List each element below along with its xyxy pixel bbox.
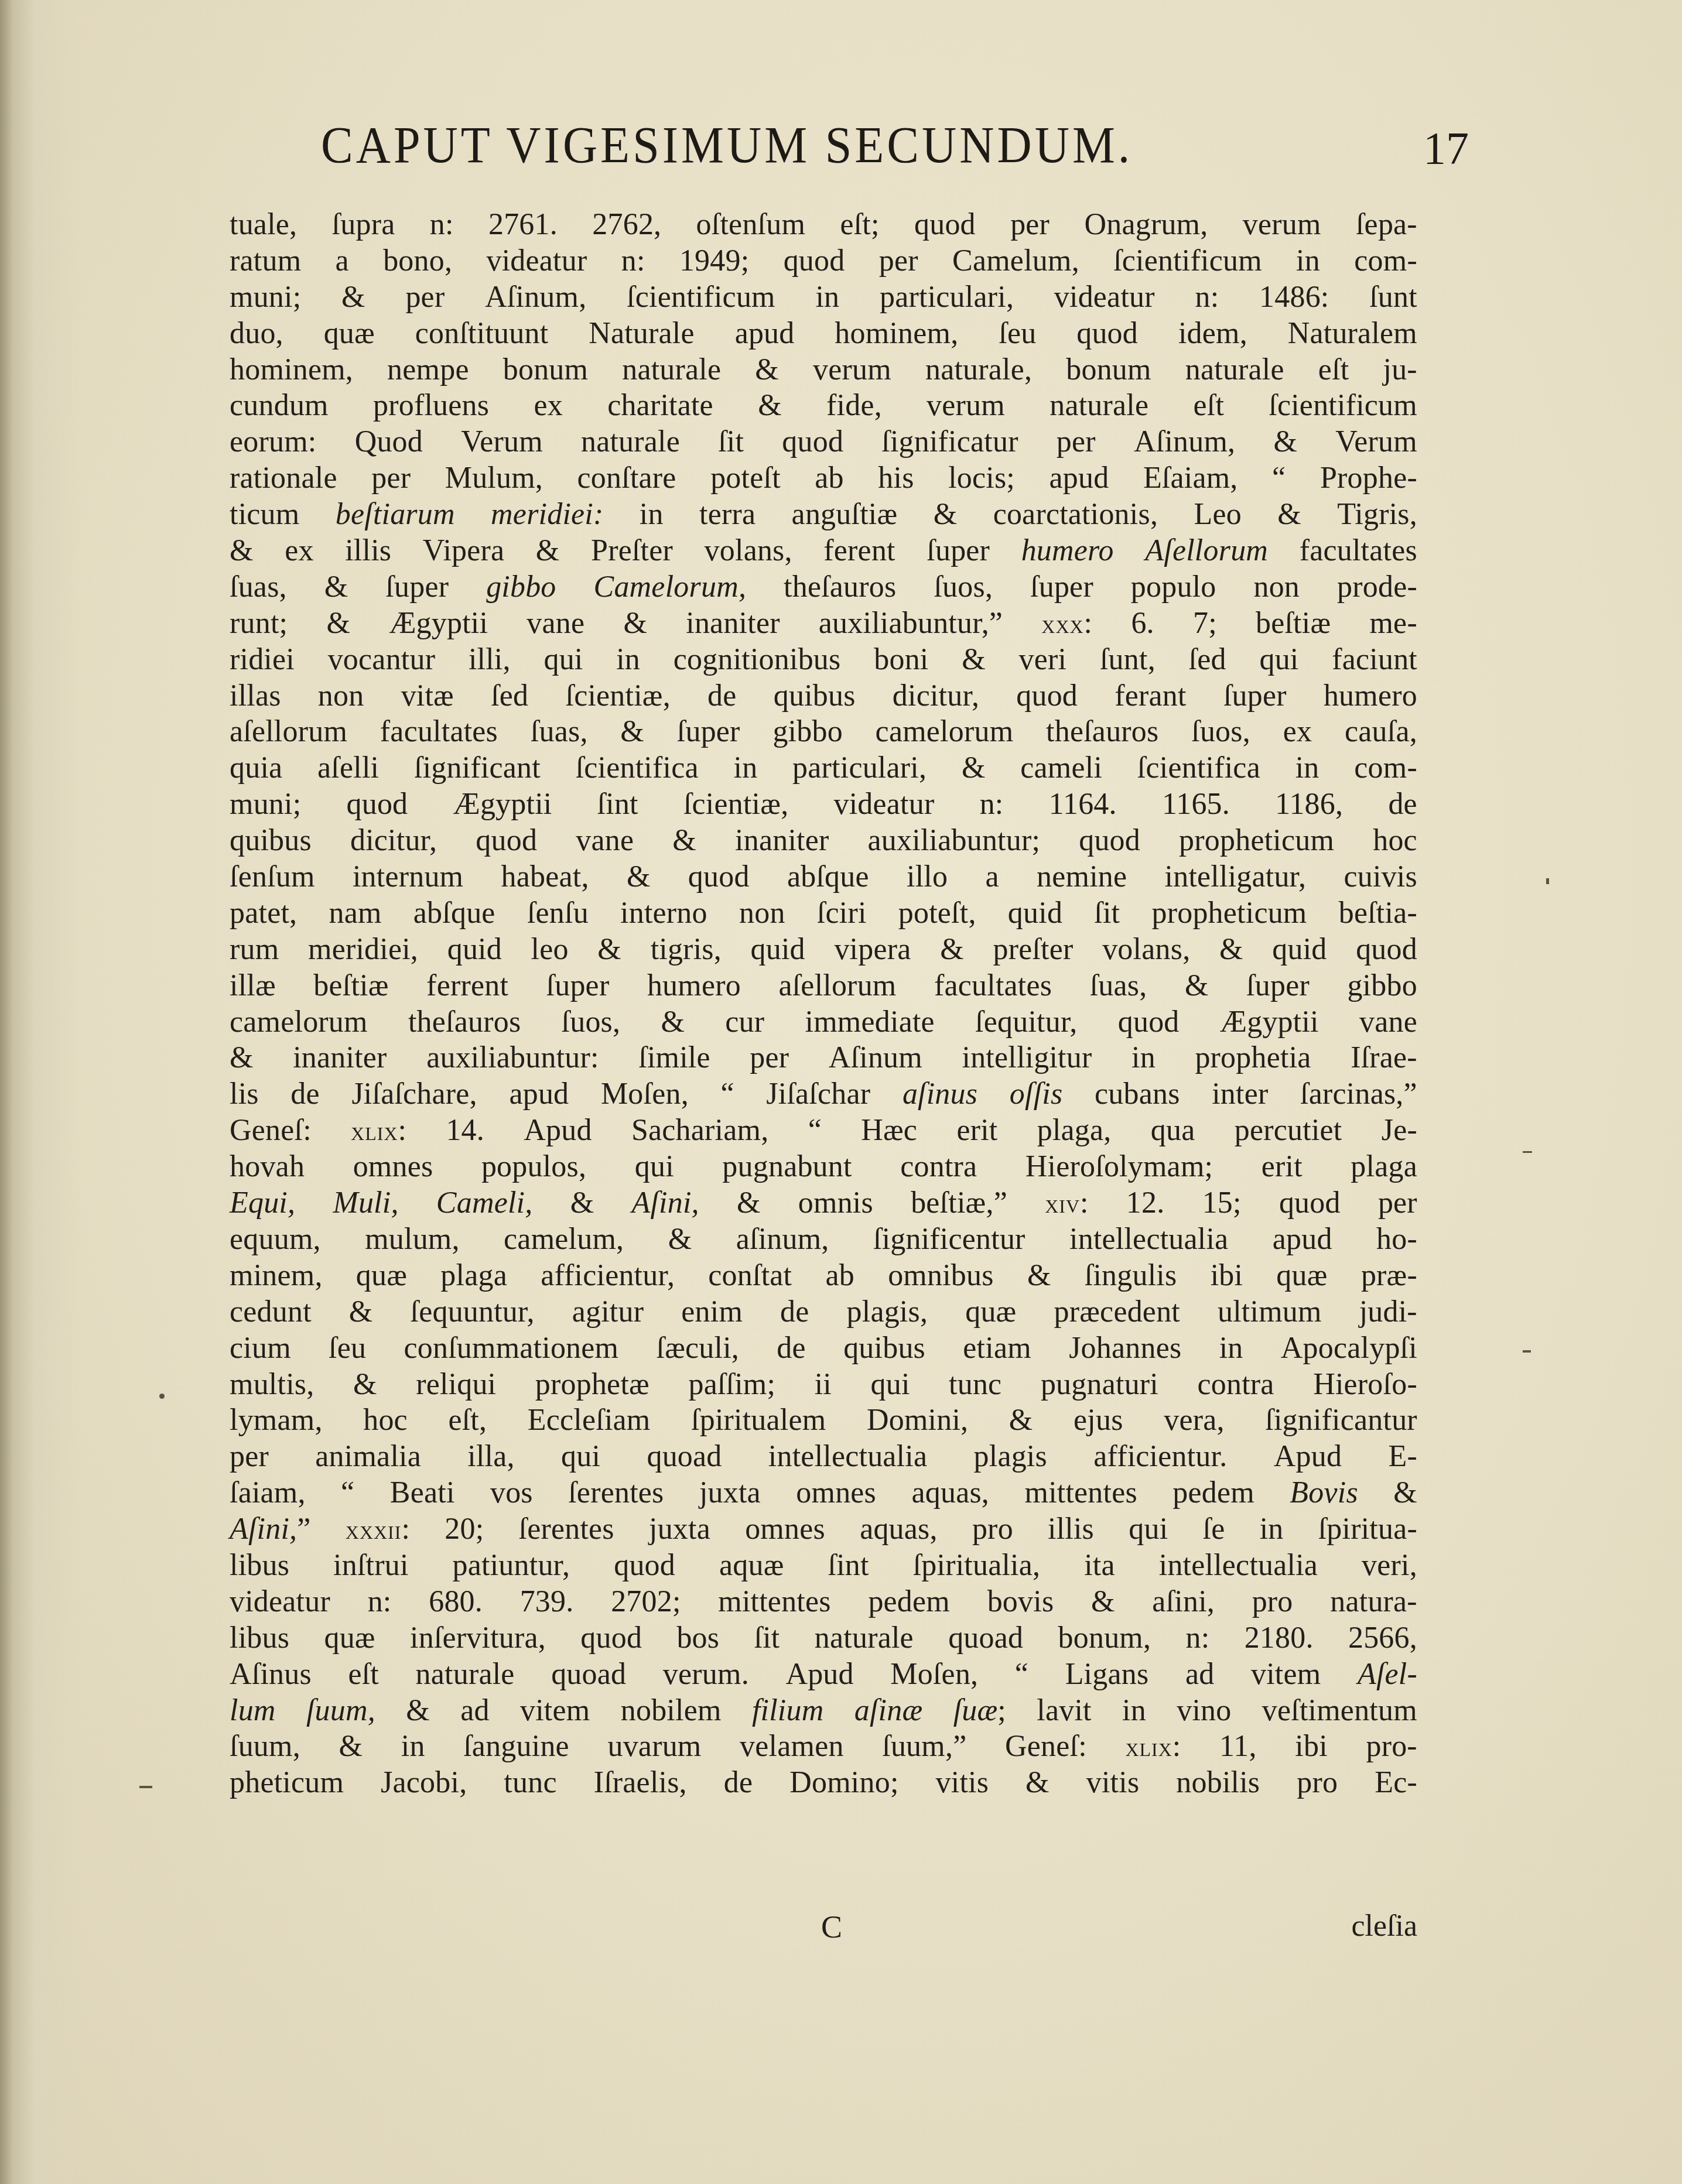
word: juxta [699,1475,761,1511]
word: qui [1259,642,1298,678]
word: ſignificentur [873,1221,1025,1258]
word: ſuos, [562,1004,621,1040]
word: auxiliabuntur; [868,823,1041,859]
word: dicitur, [350,823,437,859]
text-line: Aſini,”xxxii:20;ſerentesjuxtaomnesaquas,… [230,1511,1417,1548]
word: in [1131,1040,1155,1076]
word: n: [621,243,645,279]
word: beſtia- [1339,895,1417,932]
word: apud [509,1076,569,1112]
word: Jiſaſchar [766,1076,870,1112]
word: naturale [1049,388,1148,424]
word: ex [285,533,313,569]
word: naturale [815,1620,914,1656]
word: facultates [934,968,1052,1004]
word: vino [1177,1693,1231,1729]
word: ſuum, [230,1728,300,1765]
word: vitem [520,1693,590,1729]
word: illis [1048,1511,1094,1548]
text-line: cundumprofluensexcharitate&fide,verumnat… [230,388,1417,424]
word: Ægyptii [389,605,488,642]
text-line: hominem,nempebonumnaturale&verumnaturale… [230,352,1417,388]
word: ſcientifica [576,750,699,786]
word: hoc [1373,823,1417,859]
word: de [290,1076,319,1112]
word: ſupra [332,207,395,243]
word: ſerentes [519,1511,614,1548]
word: de [707,678,736,714]
word: percutiet [1235,1112,1342,1149]
word: cuivis [1344,859,1417,895]
word: quæ [356,1258,407,1294]
word: aſinus [902,1076,977,1112]
word: in [1296,243,1320,279]
word: ſuper [927,533,990,569]
word: ſpiritualem [691,1402,826,1439]
word: patiuntur, [453,1548,570,1584]
word: ſuper [1030,569,1093,605]
word: per [1057,424,1096,460]
word: ſequuntur, [411,1294,535,1330]
word: patet, [230,895,297,932]
word: camelorum [876,714,1014,750]
word: 2180. [1245,1620,1314,1656]
margin-dash [139,1786,152,1788]
word: quod [688,859,750,895]
word: inſervitura, [410,1620,546,1656]
text-line: ciumſeuconſummationemſæculi,dequibusetia… [230,1330,1417,1367]
word: Aſini,” [230,1511,311,1548]
word: “ [808,1112,822,1149]
word: ex [534,388,562,424]
word: ita [1084,1548,1115,1584]
word: verum [813,352,891,388]
word: ſcientificum [1113,243,1262,279]
word: his [878,460,914,497]
word: vipera [834,932,911,968]
word: aſinæ [854,1693,923,1729]
word: 7; [1193,605,1217,642]
word: “ [720,1076,734,1112]
word: meridiei, [308,932,418,968]
word: illa, [467,1439,514,1475]
word: eſt [1193,388,1224,424]
word: & [1185,968,1209,1004]
word: libus [230,1548,289,1584]
word: ſarcinas,” [1300,1076,1417,1112]
word: & [339,1728,363,1765]
word: quod [782,424,843,460]
word: quod [1356,932,1417,968]
text-line: duo,quæconſtituuntNaturaleapudhominem,ſe… [230,316,1417,352]
word: velamen [740,1728,844,1765]
word: & [597,932,621,968]
word: videatur [230,1584,330,1620]
word: preſter [993,932,1073,968]
word: pro [1297,1765,1338,1801]
word: Ægyptii [1220,1004,1319,1040]
word: ſignificatur [881,424,1018,460]
word: quibus [230,823,312,859]
text-line: ſenſuminternumhabeat,&quodabſqueilloanem… [230,859,1417,895]
word: veſtimentum [1262,1693,1417,1729]
word: præcedent [1054,1294,1181,1330]
word: Geneſ: [230,1112,312,1149]
word: & [661,1004,685,1040]
word: & [737,1185,761,1221]
word: eſt; [840,207,879,243]
word: in [1219,1330,1243,1367]
word: intelligitur [962,1040,1092,1076]
word: illis [345,533,391,569]
word: mittentes [718,1584,830,1620]
word: lum [230,1693,276,1729]
word: inſtrui [333,1548,409,1584]
word: & [349,1294,373,1330]
text-line: multis,&reliquiprophetæpaſſim;iiquituncp… [230,1367,1417,1403]
word: 2702; [611,1584,681,1620]
word: poteſt [710,460,781,497]
word: aquæ [719,1548,784,1584]
word: quoad [551,1656,626,1693]
word: Apocalypſi [1281,1330,1417,1367]
word: runt; [230,605,288,642]
word: n: [1186,1620,1210,1656]
text-line: aſellorumfacultatesſuas,&ſupergibbocamel… [230,714,1417,750]
word: per [405,279,445,316]
word: Bovis [1290,1475,1358,1511]
word: oſſis [1010,1076,1063,1112]
word: camelum, [504,1221,624,1258]
text-line: muni;quodÆgyptiiſintſcientiæ,videaturn:1… [230,786,1417,823]
word: quod [1279,1185,1341,1221]
word: lymam, [230,1402,323,1439]
word: idem, [1178,316,1247,352]
word: a [336,243,349,279]
word: volans, [1102,932,1190,968]
word: ſunt, [1100,642,1155,678]
word: intellectualia [768,1439,927,1475]
word: fide, [826,388,882,424]
word: pugnabunt [722,1149,852,1185]
word: hominem, [230,352,353,388]
text-line: hovahomnespopulos,quipugnabuntcontraHier… [230,1149,1417,1185]
word: beſtiæ,” [911,1185,1007,1221]
word: plaga [1351,1149,1417,1185]
word: de [777,1330,805,1367]
word: vocantur [328,642,436,678]
word: prode- [1337,569,1417,605]
word: plagis, [847,1294,928,1330]
text-line: peranimaliailla,quiquoadintellectualiapl… [230,1439,1417,1475]
word: ſignificant [414,750,541,786]
word: de [724,1765,753,1801]
word: & [1009,1402,1033,1439]
word: in [640,497,664,533]
catchword: cleſia [1351,1909,1417,1943]
word: Sachariam, [631,1112,768,1149]
word: ſint [828,1548,869,1584]
text-line: rationaleperMulum,conſtarepoteſtabhisloc… [230,460,1417,497]
word: quoad [948,1620,1023,1656]
word: xxxii: [346,1511,410,1548]
word: bono, [383,243,452,279]
word: & [406,1693,430,1729]
word: qua [1151,1112,1195,1149]
word: videatur [834,786,935,823]
word: rum [230,932,279,968]
text-line: &inaniterauxiliabuntur:ſimileperAſinumin… [230,1040,1417,1076]
word: particulari, [880,279,1014,316]
word: ſuas, [230,569,287,605]
book-page: CAPUT VIGESIMUM SECUNDUM. 17 tuale,ſupra… [0,0,1682,2184]
word: lis [230,1076,259,1112]
word: profluens [373,388,489,424]
word: intelligatur, [1165,859,1307,895]
word: cubans [1095,1076,1180,1112]
word: reliqui [416,1367,496,1403]
word: ſenſu [527,895,589,932]
margin-dash [1523,1350,1531,1353]
word: non [1253,569,1300,605]
word: aſellorum [230,714,347,750]
word: quod [580,1620,642,1656]
word: Moſen, [601,1076,689,1112]
word: qui [561,1439,600,1475]
word: qui [870,1367,910,1403]
word: Iſraelis, [594,1765,687,1801]
word: Geneſ: [1005,1728,1087,1765]
word: veri [1019,642,1067,678]
word: 739. [520,1584,574,1620]
word: ſuper [677,714,740,750]
word: bos [676,1620,719,1656]
word: Muli, [333,1185,398,1221]
word: vos [490,1475,533,1511]
word: ferrent [426,968,508,1004]
word: quibus [843,1330,925,1367]
word: tunc [949,1367,1001,1403]
word: xiv: [1045,1185,1089,1222]
word: ſenſum [230,859,315,895]
word: dicitur, [893,678,979,714]
word: 1486: [1259,279,1329,316]
word: beſtiæ [1256,605,1331,642]
word: quod [1079,823,1140,859]
word: uvarum [607,1728,701,1765]
word: beſtiæ [313,968,388,1004]
word: & [230,533,254,569]
word: eſt [1318,352,1349,388]
word: ſpiritualia, [913,1548,1041,1584]
word: veri, [1362,1548,1417,1584]
word: conſtare [577,460,676,497]
word: & [1277,497,1301,533]
word: cium [230,1330,291,1367]
text-line: muni;&perAſinum,ſcientificuminparticular… [230,279,1417,316]
word: bonum, [1058,1620,1151,1656]
text-line: Aſinuseſtnaturalequoadverum.ApudMoſen,“L… [230,1656,1417,1693]
word: Apud [524,1112,592,1149]
word: quæ [324,316,375,352]
word: boni [874,642,928,678]
word: Preſter [591,533,673,569]
text-line: patet,namabſqueſenſuinternononſciripoteſ… [230,895,1417,932]
word: libus [230,1620,289,1656]
word: ſuæ; [953,1693,1006,1729]
word: Verum [1335,424,1417,460]
word: Camelorum, [594,569,747,605]
word: com- [1354,750,1417,786]
word: verum [927,388,1005,424]
word: & [672,823,696,859]
word: quod [1076,316,1138,352]
word: per [1010,207,1049,243]
word: præ- [1361,1258,1417,1294]
word: tigris, [651,932,722,968]
word: ſcientiæ, [566,678,671,714]
word: & [353,1367,377,1403]
word: Aſinus [230,1656,312,1693]
word: populo [1131,569,1216,605]
word: “ [1015,1656,1028,1693]
word: erit [1261,1149,1302,1185]
word: humero [647,968,741,1004]
word: afficientur, [541,1258,675,1294]
word: in [815,279,839,316]
word: Jiſaſchare, [351,1076,477,1112]
word: ju- [1383,352,1417,388]
word: ſuas, [531,714,588,750]
word: plaga, [1037,1112,1112,1149]
page-footer: C cleſia [230,1909,1417,1956]
word: interno [620,895,707,932]
word: Aſellorum [1145,533,1268,569]
word: & [570,1185,594,1221]
word: & [758,388,782,424]
word: quod [614,1548,675,1584]
word: internum [353,859,463,895]
word: quod [914,207,976,243]
word: contra [1198,1367,1274,1403]
word: ſequitur, [975,1004,1077,1040]
word: Aſinum, [1134,424,1235,460]
word: mulum, [365,1221,460,1258]
text-line: camelorumtheſaurosſuos,&curimmediateſequ… [230,1004,1417,1040]
word: ejus [1074,1402,1123,1439]
word: ſignificantur [1265,1402,1417,1439]
word: ſuper [1246,968,1310,1004]
word: ſimile [638,1040,710,1076]
word: muni; [230,279,301,316]
word: juxta [649,1511,710,1548]
word: inaniter [686,605,780,642]
word: ſit [754,1620,780,1656]
margin-dash [1523,1151,1532,1153]
word: Aſini, [631,1185,699,1221]
word: eſt, [448,1402,487,1439]
word: humero [1021,533,1114,569]
text-line: pheticumJacobi,tuncIſraelis,deDomino;vit… [230,1765,1417,1801]
word: ticum [230,497,299,533]
word: ſed [1189,642,1226,678]
word: 1186, [1275,786,1343,823]
word: xlix: [351,1112,406,1149]
word: Iſrae- [1351,1040,1417,1076]
word: ab [825,1258,854,1294]
word: pugnaturi [1041,1367,1158,1403]
word: Je- [1382,1112,1417,1149]
word: plagis [974,1439,1047,1475]
word: n: [368,1584,392,1620]
word: 14. [446,1112,484,1149]
word: bonum [1066,352,1151,388]
word: quæ [965,1294,1016,1330]
text-line: equum,mulum,camelum,&aſinum,ſignificentu… [230,1221,1417,1258]
word: animalia [315,1439,421,1475]
word: in [401,1728,425,1765]
word: anguſtiæ [792,497,898,533]
word: ad [460,1693,489,1729]
word: qui [543,642,583,678]
word: ſanguine [463,1728,569,1765]
word: illæ [230,968,276,1004]
word: a [985,859,999,895]
word: prophetæ [535,1367,649,1403]
word: & [934,497,958,533]
word: quæ [1276,1258,1327,1294]
word: ſit [718,424,744,460]
word: cameli [1020,750,1102,786]
word: quæ [324,1620,375,1656]
word: tuale, [230,207,297,243]
word: apud [735,316,795,352]
word: ſeu [999,316,1036,352]
word: & [1273,424,1297,460]
word: Tigris, [1337,497,1417,533]
word: hoc [363,1402,408,1439]
word: cognitionibus [674,642,841,678]
word: & [536,533,560,569]
body-text: tuale,ſupran:2761.2762,oſtenſumeſt;quodp… [230,207,1417,1801]
text-line: Equi,Muli,Cameli,&Aſini,&omnisbeſtiæ,”xi… [230,1185,1417,1221]
word: ſpiritua- [1318,1511,1417,1548]
text-line: lumſuum,&advitemnobilemfiliumaſinæſuæ;la… [230,1693,1417,1729]
word: Mulum, [445,460,543,497]
word: 2566, [1348,1620,1417,1656]
text-line: ticumbeſtiarummeridiei:interraanguſtiæ&c… [230,497,1417,533]
word: vane [1359,1004,1417,1040]
margin-speck [159,1394,165,1399]
word: quod [784,243,845,279]
word: Camelum, [952,243,1079,279]
word: xlix: [1125,1728,1181,1765]
word: omnis [798,1185,873,1221]
word: 2761. [488,207,558,243]
text-line: cedunt&ſequuntur,agiturenimdeplagis,quæp… [230,1294,1417,1330]
word: leo [531,932,569,968]
word: naturale [1185,352,1284,388]
word: ibi [1295,1728,1328,1765]
word: & [230,1040,254,1076]
word: omnes [796,1475,876,1511]
text-line: ſuas,&ſupergibboCamelorum,theſaurosſuos,… [230,569,1417,605]
word: qui [1129,1511,1168,1548]
word: Verum [461,424,543,460]
word: omnes [353,1149,433,1185]
word: aſinum, [736,1221,829,1258]
word: Johannes [1069,1330,1181,1367]
